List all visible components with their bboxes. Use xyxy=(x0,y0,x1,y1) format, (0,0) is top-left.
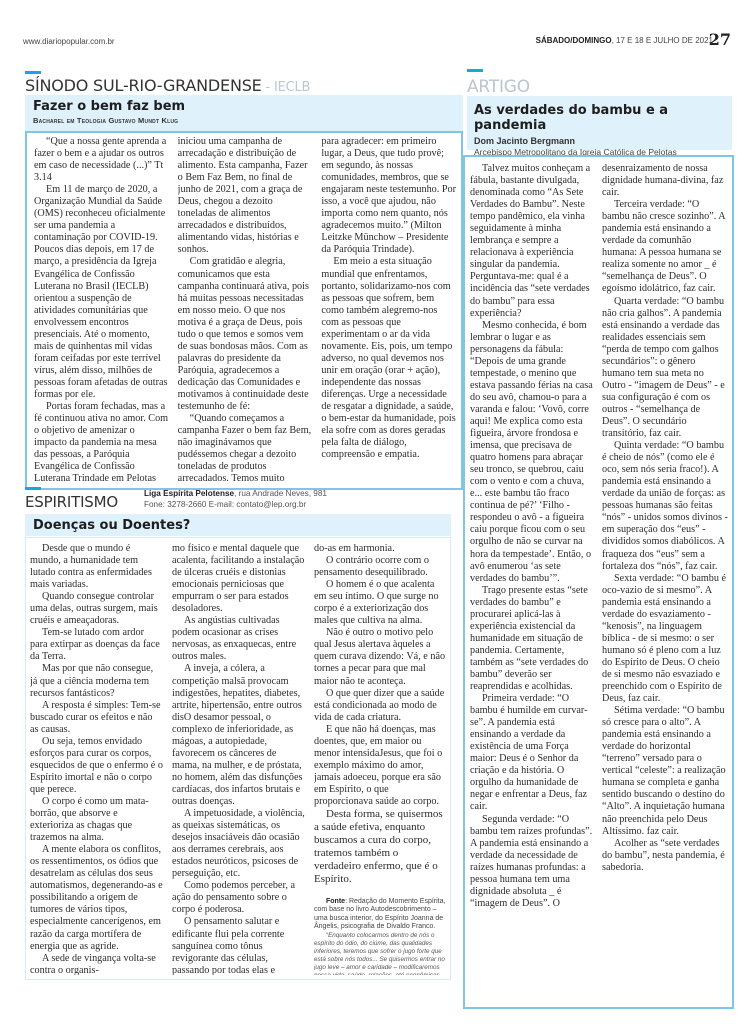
paragraph: Com gratidão e alegria, comunicamos que … xyxy=(178,256,313,413)
article-column-1: “Que a nossa gente aprenda a fazer o bem… xyxy=(34,136,169,486)
paragraph: Em 11 de março de 2020, a Organização Mu… xyxy=(34,184,169,401)
section-accent-bar xyxy=(467,69,483,72)
paragraph: O que quer dizer que a saúde está condic… xyxy=(314,688,448,724)
article-column-2: mo físico e mental daquele que acalenta,… xyxy=(172,543,305,975)
article-column-3: para agradecer: em primeiro lugar, a Deu… xyxy=(321,136,456,486)
article-column-2: iniciou uma campanha de arrecadação e di… xyxy=(178,136,313,486)
issue-date: SÁBADO/DOMINGO, 17 E 18 E JULHO DE 2021 xyxy=(536,36,713,45)
organization-name: Liga Espírita Pelotense xyxy=(144,489,234,498)
paragraph: do-as em harmonia. xyxy=(314,543,448,555)
paragraph: O homem é o que acalenta em seu íntimo. … xyxy=(314,579,448,627)
section-accent-bar xyxy=(25,71,41,74)
paragraph: “Quando começamos a campanha Fazer o bem… xyxy=(178,413,313,485)
paragraph: As angústias cultivadas podem ocasionar … xyxy=(172,615,305,663)
author-name: Dom Jacinto Bergmann xyxy=(474,136,725,146)
headline: Doenças ou Doentes? xyxy=(33,518,443,533)
section-title-text: SÍNODO SUL-RIO-GRANDENSE xyxy=(25,76,262,95)
headline: As verdades do bambu e a pandemia xyxy=(474,103,725,133)
section-subtitle: - IECLB xyxy=(262,80,311,95)
paragraph: A inveja, a cólera, a competição malsã p… xyxy=(172,663,305,808)
paragraph: Desde que o mundo é mundo, a humanidade … xyxy=(30,543,163,591)
paragraph: O corpo é como um mata-borrão, que absor… xyxy=(30,796,163,844)
issue-day: SÁBADO/DOMINGO xyxy=(536,36,612,45)
paragraph: Quando consegue controlar uma delas, out… xyxy=(30,591,163,627)
paragraph: Mesmo conhecida, é bom lembrar o lugar e… xyxy=(470,320,596,585)
organization-info: Liga Espírita Pelotense, rua Andrade Nev… xyxy=(144,488,327,510)
organization-address: , rua Andrade Neves, 981 xyxy=(234,489,327,498)
paragraph: Segunda verdade: “O bambu tem raízes pro… xyxy=(470,814,596,910)
page-number: 27 xyxy=(709,30,731,49)
section-accent-bar xyxy=(25,487,41,490)
headline: Fazer o bem faz bem xyxy=(33,99,455,114)
section-title-text: ARTIGO xyxy=(467,77,530,97)
article-body-artigo: Talvez muitos conheçam a fábula, bastant… xyxy=(470,163,728,1003)
paragraph: Acolher as “sete verdades do bambu”, nes… xyxy=(602,838,728,874)
paragraph: Terceira verdade: “O bambu não cresce so… xyxy=(602,199,728,295)
source-quote: “Enquanto colocarmos dentro de nós o esp… xyxy=(314,932,448,975)
section-title-text: ESPIRITISMO xyxy=(25,493,118,511)
paragraph: A impetuosidade, a violência, as queixas… xyxy=(172,808,305,880)
paragraph: Mas por que não consegue, já que a ciênc… xyxy=(30,663,163,699)
article-body-sinodo: “Que a nossa gente aprenda a fazer o bem… xyxy=(34,136,456,486)
paragraph: Sexta verdade: “O bambu é oco-vazio de s… xyxy=(602,573,728,706)
section-title-artigo: ARTIGO xyxy=(467,77,530,97)
article-header-espiritismo: Doenças ou Doentes? xyxy=(25,514,451,536)
paragraph: Quarta verdade: “O bambu não cria galhos… xyxy=(602,296,728,441)
paragraph: O contrário ocorre com o pensamento dese… xyxy=(314,555,448,579)
section-title-espiritismo: ESPIRITISMO xyxy=(25,493,118,511)
source-label: Fonte xyxy=(326,898,345,905)
paragraph: Primeira verdade: “O bambu é humilde em … xyxy=(470,693,596,813)
paragraph: A mente elabora os conflitos, os ressent… xyxy=(30,844,163,952)
website-url[interactable]: www.diariopopular.com.br xyxy=(23,37,115,46)
paragraph: Portas foram fechadas, mas a fé continuo… xyxy=(34,401,169,485)
paragraph: Não é outro o motivo pelo qual Jesus ale… xyxy=(314,627,448,687)
paragraph: Trago presente estas “sete verdades do b… xyxy=(470,585,596,693)
article-column-1: Talvez muitos conheçam a fábula, bastant… xyxy=(470,163,596,1003)
issue-date-rest: , 17 E 18 E JULHO DE 2021 xyxy=(612,36,713,45)
section-title-sinodo: SÍNODO SUL-RIO-GRANDENSE - IECLB xyxy=(25,76,310,95)
article-column-2: desenraizamento de nossa dignidade human… xyxy=(602,163,728,1003)
paragraph: para agradecer: em primeiro lugar, a Deu… xyxy=(321,136,456,256)
paragraph: Talvez muitos conheçam a fábula, bastant… xyxy=(470,163,596,320)
source-note: Fonte: Redação do Momento Espírita, com … xyxy=(314,898,448,975)
paragraph: Como podemos perceber, a ação do pensame… xyxy=(172,880,305,916)
paragraph: Em meio a esta situação mundial que enfr… xyxy=(321,256,456,461)
article-column-3: do-as em harmonia. O contrário ocorre co… xyxy=(314,543,448,975)
paragraph: mo físico e mental daquele que acalenta,… xyxy=(172,543,305,615)
paragraph: E que não há doenças, mas doentes, que, … xyxy=(314,724,448,808)
paragraph: A resposta é simples: Tem-se buscado cur… xyxy=(30,700,163,736)
article-body-espiritismo: Desde que o mundo é mundo, a humanidade … xyxy=(30,543,448,975)
article-column-1: Desde que o mundo é mundo, a humanidade … xyxy=(30,543,163,975)
paragraph: Quinta verdade: “O bambu é cheio de nós”… xyxy=(602,440,728,573)
paragraph: iniciou uma campanha de arrecadação e di… xyxy=(178,136,313,256)
paragraph: “Que a nossa gente aprenda a fazer o bem… xyxy=(34,136,169,184)
paragraph: Desta forma, se quisermos a saúde efetiv… xyxy=(314,808,448,886)
paragraph: Tem-se lutado com ardor para extirpar as… xyxy=(30,627,163,663)
paragraph: desenraizamento de nossa dignidade human… xyxy=(602,163,728,199)
paragraph: Ou seja, temos envidado esforços para cu… xyxy=(30,736,163,796)
paragraph: Sétima verdade: “O bambu só cresce para … xyxy=(602,705,728,838)
organization-contact: Fone: 3278-2660 E-mail: contato@lep.org.… xyxy=(144,499,327,510)
paragraph: O pensamento salutar e edificante flui p… xyxy=(172,916,305,975)
paragraph: A sede de vingança volta-se contra o org… xyxy=(30,953,163,975)
article-header-artigo: As verdades do bambu e a pandemia Dom Ja… xyxy=(467,96,732,150)
article-header-sinodo: Fazer o bem faz bem Bacharel em Teologia… xyxy=(25,95,463,131)
byline: Bacharel em Teologia Gustavo Mundt Klug xyxy=(33,116,455,125)
